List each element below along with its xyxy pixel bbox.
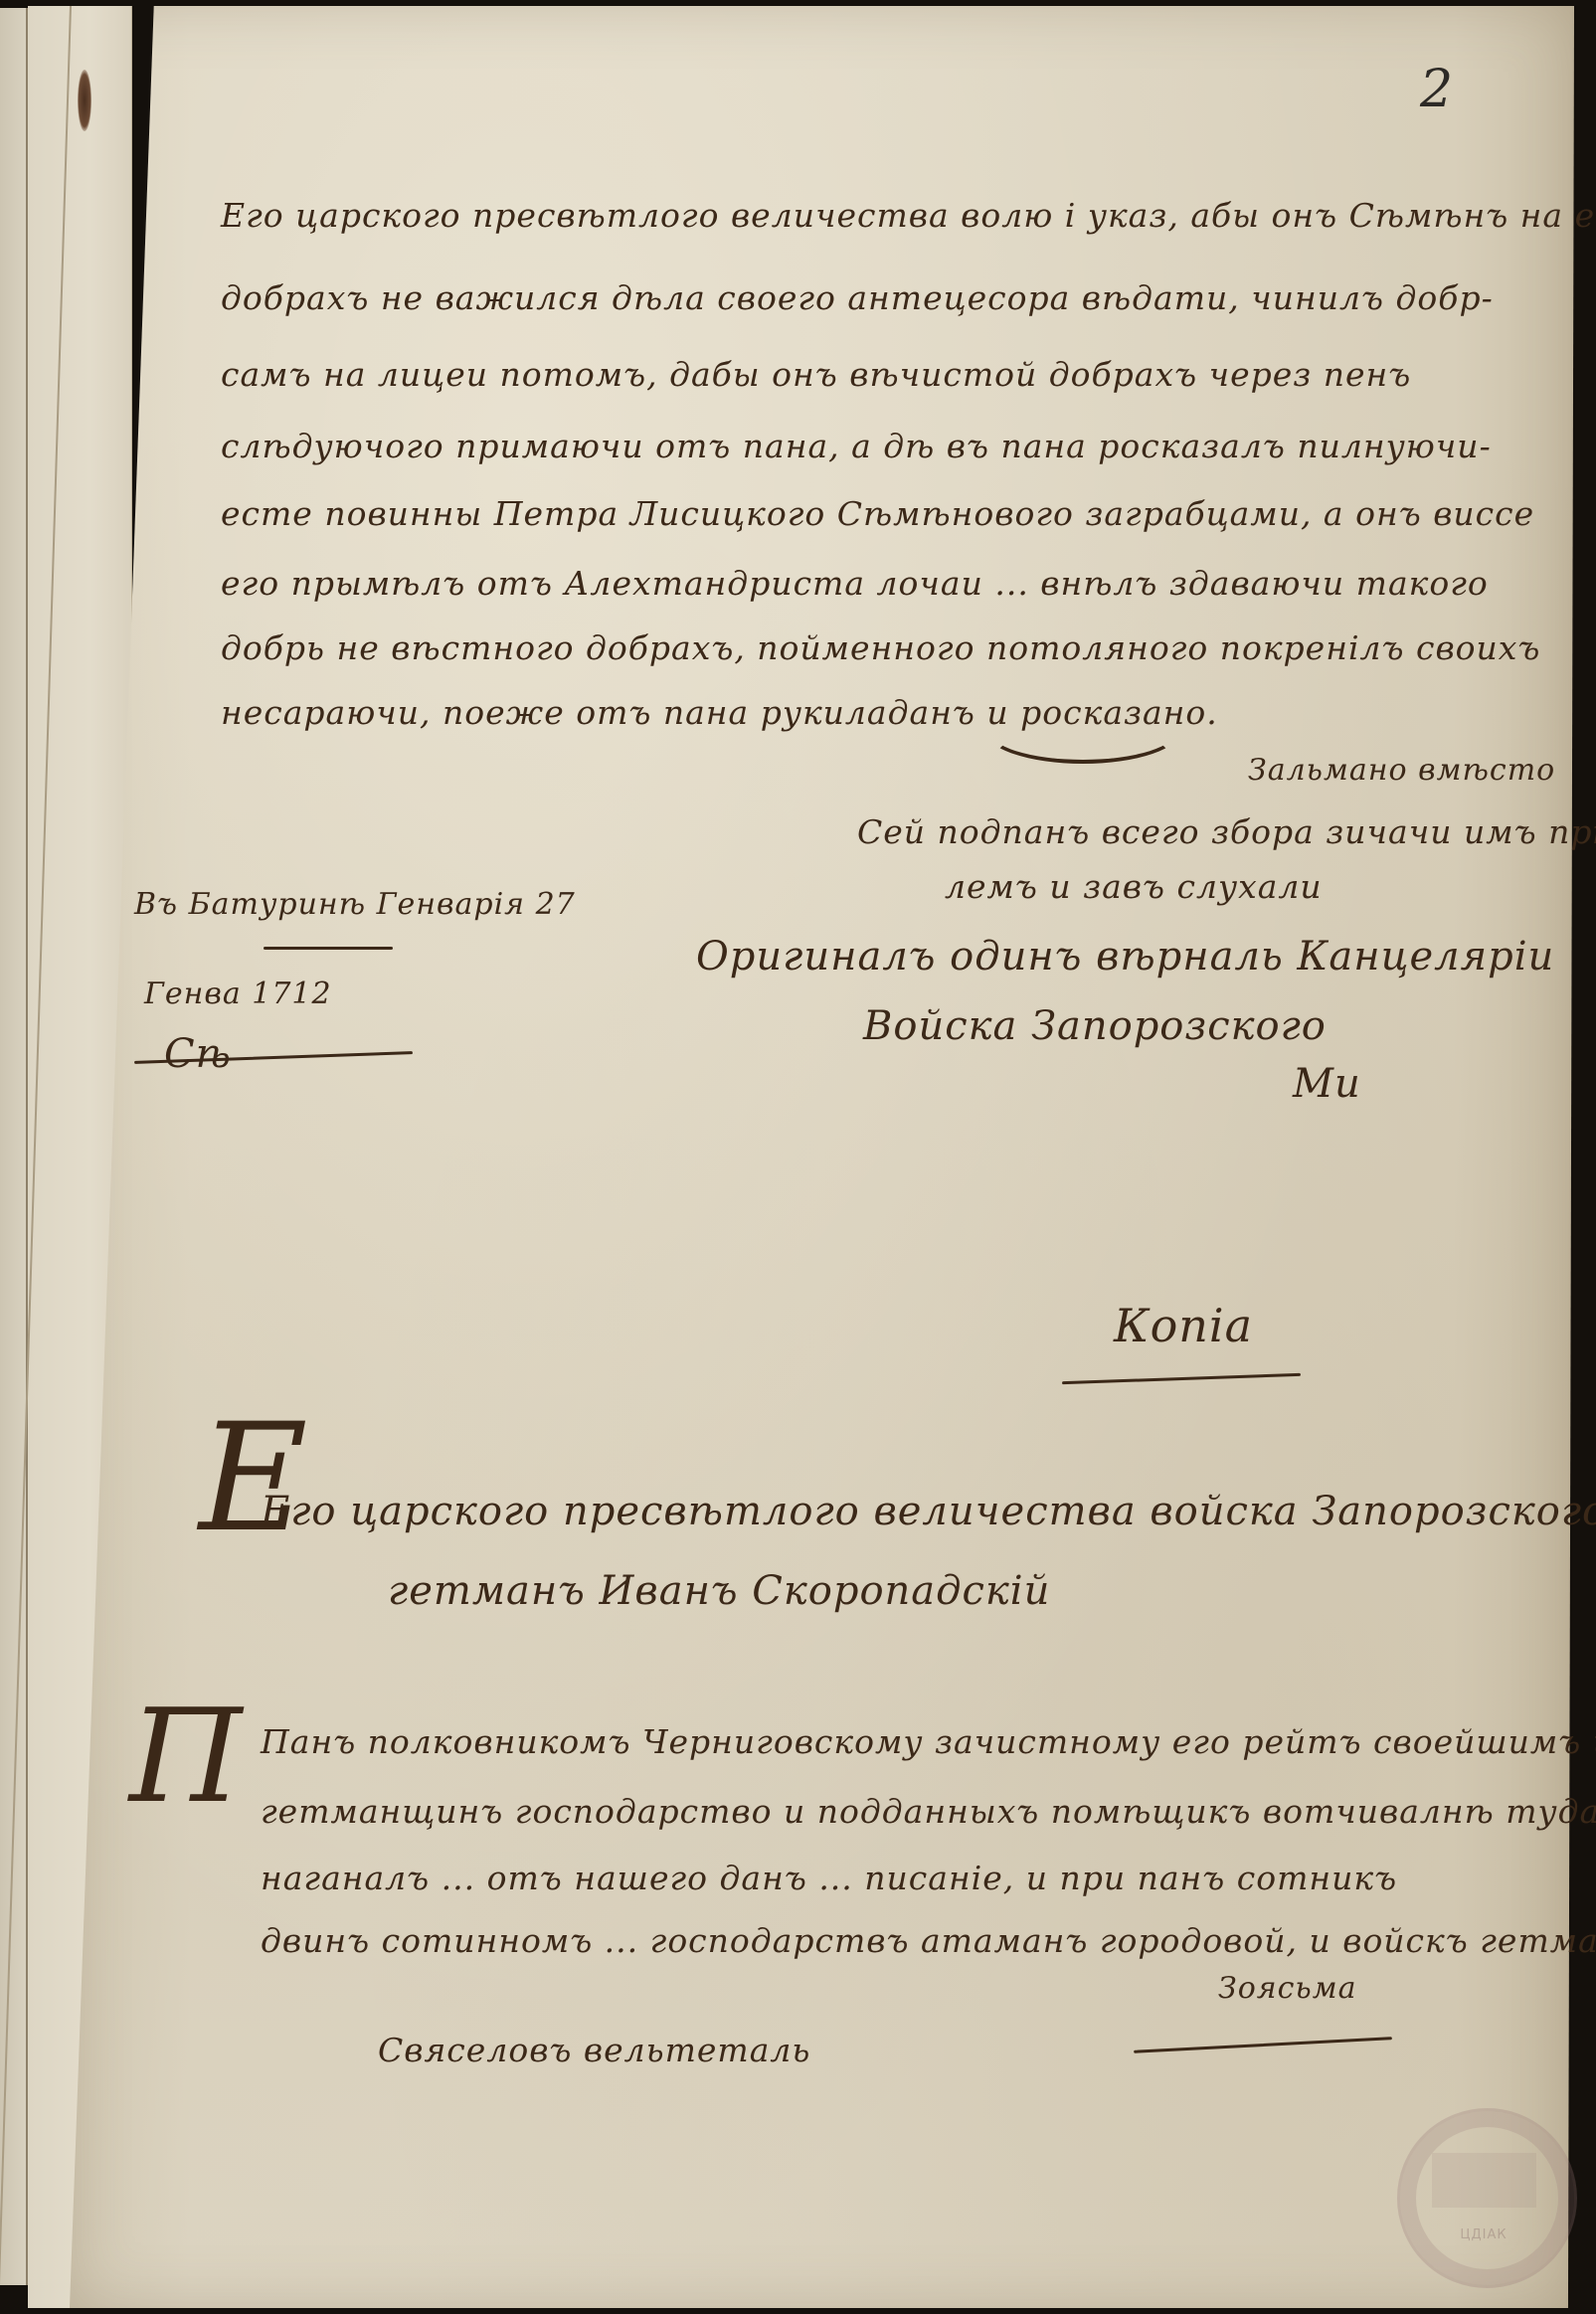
body-line: гетманщинъ господарство и подданныхъ пом… [261,1795,1596,1828]
initial-letter: П [129,1681,242,1832]
body-line: Его царского пресвѣтлого величества волю… [221,199,1596,232]
margin-note-line: Генва 1712 [144,979,332,1009]
attestation-line: Оригиналъ одинъ вѣрналь Канцеляріи [696,937,1554,977]
margin-underline [264,947,393,950]
attestation-line: Сей подпанъ всего збора зичачи имъ пріем… [857,815,1596,848]
footer-line: Свяселовъ вельтеталь [378,2034,810,2066]
attestation-signature: Ми [1293,1064,1361,1104]
closing-formula: Зоясьма [1218,1974,1357,2004]
archive-stamp-emblem [1432,2153,1536,2208]
body-line: его прымѣлъ отъ Алехтандриста лочаи ... … [221,567,1489,600]
initial-letter: Е [199,1392,308,1565]
body-line: есте повинны Петра Лисицкого Сѣмѣнового … [221,497,1534,530]
margin-signature: Сѣ [164,1034,232,1074]
body-line: добрахъ не важился дѣла своего антецесор… [221,281,1494,314]
manuscript-folio [70,6,1574,2308]
margin-note-line: Въ Батуринѣ Генварія 27 [134,890,576,920]
heading-line: гетманъ Иванъ Скоропадскій [388,1571,1050,1611]
attestation-line: Войска Запорозского [863,1006,1327,1046]
binding-strip [0,8,31,2285]
flourish [984,696,1181,764]
ink-blot [78,70,91,131]
archive-stamp-text: ЦДІАК [1424,2227,1543,2242]
body-line: наганалъ ... отъ нашего данъ ... писаніе… [261,1862,1397,1894]
body-line: Панъ полковникомъ Черниговскому зачистно… [261,1725,1596,1758]
attestation-line: лемъ и завъ слухали [945,870,1323,903]
body-line: двинъ сотинномъ ... господарствъ атаманъ… [261,1924,1596,1957]
heading-line: Его царского пресвѣтлого величества войс… [261,1492,1596,1531]
copy-label: Копіа [1114,1303,1253,1348]
body-line: слѣдуючого примаючи отъ пана, а дѣ въ па… [221,430,1492,462]
closing-formula: Зальмано вмѣсто [1248,756,1555,786]
folio-number: 2 [1420,60,1453,119]
body-line: самъ на лицеи потомъ, дабы онъ вѣчистой … [221,358,1411,391]
body-line: добрь не вѣстного добрахъ, пойменного по… [221,631,1540,664]
